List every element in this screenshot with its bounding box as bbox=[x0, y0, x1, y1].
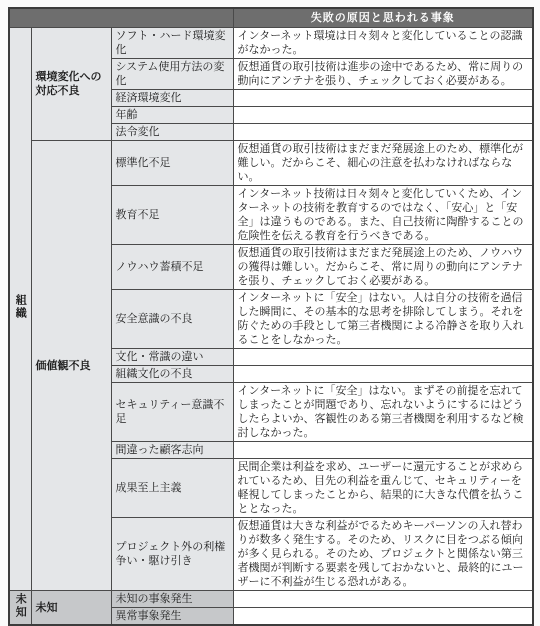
event-cell: インターネットに「安全」はない。人は自分の技術を過信した瞬間に、その基本的な思考… bbox=[233, 290, 533, 349]
event-cell: 仮想通貨の取引技術は進歩の途中であるため、常に周りの動向にアンテナを張り、チェッ… bbox=[233, 59, 533, 90]
event-cell: インターネット技術は日々刻々と変化していくため、インターネットの技術を教育するの… bbox=[233, 186, 533, 245]
cause-cell: 法令変化 bbox=[111, 124, 233, 141]
cause-cell: 成果至上主義 bbox=[111, 459, 233, 518]
cause-cell: 異常事象発生 bbox=[111, 608, 233, 626]
cause-cell: 教育不足 bbox=[111, 186, 233, 245]
table-row: 組織 環境変化への対応不良 ソフト・ハード環境変化 インターネット環境は日々刻々… bbox=[9, 28, 533, 59]
cause-cell: プロジェクト外の利権争い・駆け引き bbox=[111, 518, 233, 591]
category-label: 未知 bbox=[13, 593, 27, 619]
event-cell bbox=[233, 366, 533, 383]
group-env-change: 環境変化への対応不良 bbox=[31, 28, 111, 141]
cause-cell: ソフト・ハード環境変化 bbox=[111, 28, 233, 59]
event-cell bbox=[233, 608, 533, 626]
event-cell bbox=[233, 107, 533, 124]
category-label: 組織 bbox=[13, 294, 27, 320]
event-cell bbox=[233, 349, 533, 366]
cause-cell: セキュリティー意識不足 bbox=[111, 383, 233, 442]
cause-cell: 標準化不足 bbox=[111, 141, 233, 186]
cause-cell: システム使用方法の変化 bbox=[111, 59, 233, 90]
table-header-title: 失敗の原因と思われる事象 bbox=[233, 8, 533, 28]
cause-cell: 経済環境変化 bbox=[111, 90, 233, 107]
event-cell: インターネットに「安全」はない。まずその前提を忘れてしまったことが問題であり、忘… bbox=[233, 383, 533, 442]
event-cell: インターネット環境は日々刻々と変化していることの認識がなかった。 bbox=[233, 28, 533, 59]
event-cell bbox=[233, 90, 533, 107]
cause-cell: 安全意識の不良 bbox=[111, 290, 233, 349]
event-cell bbox=[233, 591, 533, 608]
event-cell bbox=[233, 442, 533, 459]
table-row: 未知 未知 未知の事象発生 bbox=[9, 591, 533, 608]
event-cell: 仮想通貨の取引技術はまだまだ発展途上のため、標準化が難しい。だからこそ、細心の注… bbox=[233, 141, 533, 186]
event-cell: 民間企業は利益を求め、ユーザーに還元することが求められているため、目先の利益を重… bbox=[233, 459, 533, 518]
event-cell bbox=[233, 124, 533, 141]
cause-cell: 年齢 bbox=[111, 107, 233, 124]
table-corner-cell bbox=[9, 8, 233, 28]
category-unknown: 未知 bbox=[9, 591, 31, 626]
group-values: 価値観不良 bbox=[31, 141, 111, 591]
group-unknown: 未知 bbox=[31, 591, 111, 626]
cause-cell: 未知の事象発生 bbox=[111, 591, 233, 608]
cause-cell: 組織文化の不良 bbox=[111, 366, 233, 383]
event-cell: 仮想通貨の取引技術はまだまだ発展途上のため、ノウハウの獲得は難しい。だからこそ、… bbox=[233, 245, 533, 290]
cause-cell: ノウハウ蓄積不足 bbox=[111, 245, 233, 290]
event-cell: 仮想通貨は大きな利益がでるためキーパーソンの入れ替わりが数多く発生する。そのため… bbox=[233, 518, 533, 591]
cause-cell: 文化・常識の違い bbox=[111, 349, 233, 366]
cause-cell: 間違った顧客志向 bbox=[111, 442, 233, 459]
failure-cause-table: 失敗の原因と思われる事象 組織 環境変化への対応不良 ソフト・ハード環境変化 イ… bbox=[8, 7, 534, 626]
table-header-row: 失敗の原因と思われる事象 bbox=[9, 8, 533, 28]
category-organization: 組織 bbox=[9, 28, 31, 591]
table-row: 価値観不良 標準化不足 仮想通貨の取引技術はまだまだ発展途上のため、標準化が難し… bbox=[9, 141, 533, 186]
